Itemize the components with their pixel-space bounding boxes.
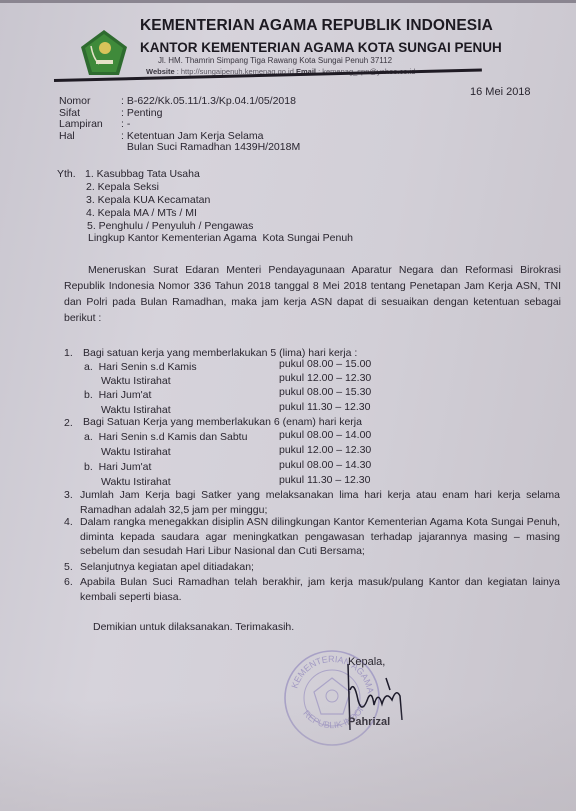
- intro-text: Meneruskan Surat Edaran Menteri Pendayag…: [64, 264, 561, 324]
- schedule-label: b. Hari Jum'at: [84, 389, 151, 401]
- item-number: 1.: [64, 347, 73, 359]
- meta-value: : B-622/Kk.05.11/1.3/Kp.04.1/05/2018: [121, 96, 296, 108]
- schedule-time: pukul 12.00 – 12.30: [279, 444, 371, 456]
- schedule-time: pukul 11.30 – 12.30: [279, 474, 370, 486]
- photo-edge: [0, 0, 576, 3]
- item-text: Bagi Satuan Kerja yang memberlakukan 6 (…: [83, 416, 362, 428]
- item-text: Selanjutnya kegiatan apel ditiadakan;: [80, 560, 560, 575]
- meta-value: : -: [121, 119, 130, 131]
- recipient-item: 4. Kepala MA / MTs / MI: [86, 207, 197, 219]
- website-label: Website: [146, 67, 175, 76]
- recipient-prefix: Yth.: [57, 168, 76, 180]
- item-text: Dalam rangka menegakkan disiplin ASN dil…: [80, 515, 560, 559]
- ministry-title: KEMENTERIAN AGAMA REPUBLIK INDONESIA: [140, 17, 493, 35]
- office-title: KANTOR KEMENTERIAN AGAMA KOTA SUNGAI PEN…: [140, 40, 502, 55]
- item-number: 4.: [64, 516, 73, 528]
- schedule-label: a. Hari Senin s.d Kamis dan Sabtu: [84, 431, 247, 443]
- recipient-item: 2. Kepala Seksi: [86, 181, 159, 193]
- schedule-label: a. Hari Senin s.d Kamis: [84, 361, 197, 373]
- meta-label: Hal: [59, 131, 75, 143]
- item-number: 2.: [64, 417, 73, 429]
- schedule-label: Waktu Istirahat: [101, 476, 171, 488]
- recipient-item: 3. Kepala KUA Kecamatan: [86, 194, 210, 206]
- schedule-label: Waktu Istirahat: [101, 404, 171, 416]
- schedule-label: b. Hari Jum'at: [84, 461, 151, 473]
- item-number: 5.: [64, 561, 73, 573]
- schedule-time: pukul 08.00 – 15.30: [279, 386, 371, 398]
- intro-paragraph: Meneruskan Surat Edaran Menteri Pendayag…: [64, 262, 561, 326]
- schedule-time: pukul 12.00 – 12.30: [279, 372, 371, 384]
- schedule-time: pukul 08.00 – 14.30: [279, 459, 371, 471]
- recipient-scope: Lingkup Kantor Kementerian Agama Kota Su…: [88, 232, 353, 244]
- photo-shadow: [0, 700, 576, 811]
- schedule-time: pukul 08.00 – 14.00: [279, 429, 371, 441]
- item-text: Apabila Bulan Suci Ramadhan telah berakh…: [80, 575, 560, 604]
- item-number: 6.: [64, 576, 73, 588]
- schedule-time: pukul 11.30 – 12.30: [279, 401, 370, 413]
- meta-label: Lampiran: [59, 119, 103, 131]
- recipient-item: 1. Kasubbag Tata Usaha: [85, 168, 200, 180]
- closing-text: Demikian untuk dilaksanakan. Terimakasih…: [93, 621, 294, 633]
- recipient-item: 5. Penghulu / Penyuluh / Pengawas: [87, 220, 253, 232]
- kemenag-emblem-icon: [79, 28, 129, 78]
- meta-value: Bulan Suci Ramadhan 1439H/2018M: [121, 142, 300, 154]
- letter-date: 16 Mei 2018: [470, 86, 531, 98]
- item-number: 3.: [64, 489, 73, 501]
- meta-label: Nomor: [59, 96, 91, 108]
- schedule-label: Waktu Istirahat: [101, 446, 171, 458]
- schedule-label: Waktu Istirahat: [101, 375, 171, 387]
- office-address: Jl. HM. Thamrin Simpang Tiga Rawang Kota…: [158, 56, 392, 65]
- item-text: Jumlah Jam Kerja bagi Satker yang melaks…: [80, 488, 560, 517]
- schedule-time: pukul 08.00 – 15.00: [279, 358, 371, 370]
